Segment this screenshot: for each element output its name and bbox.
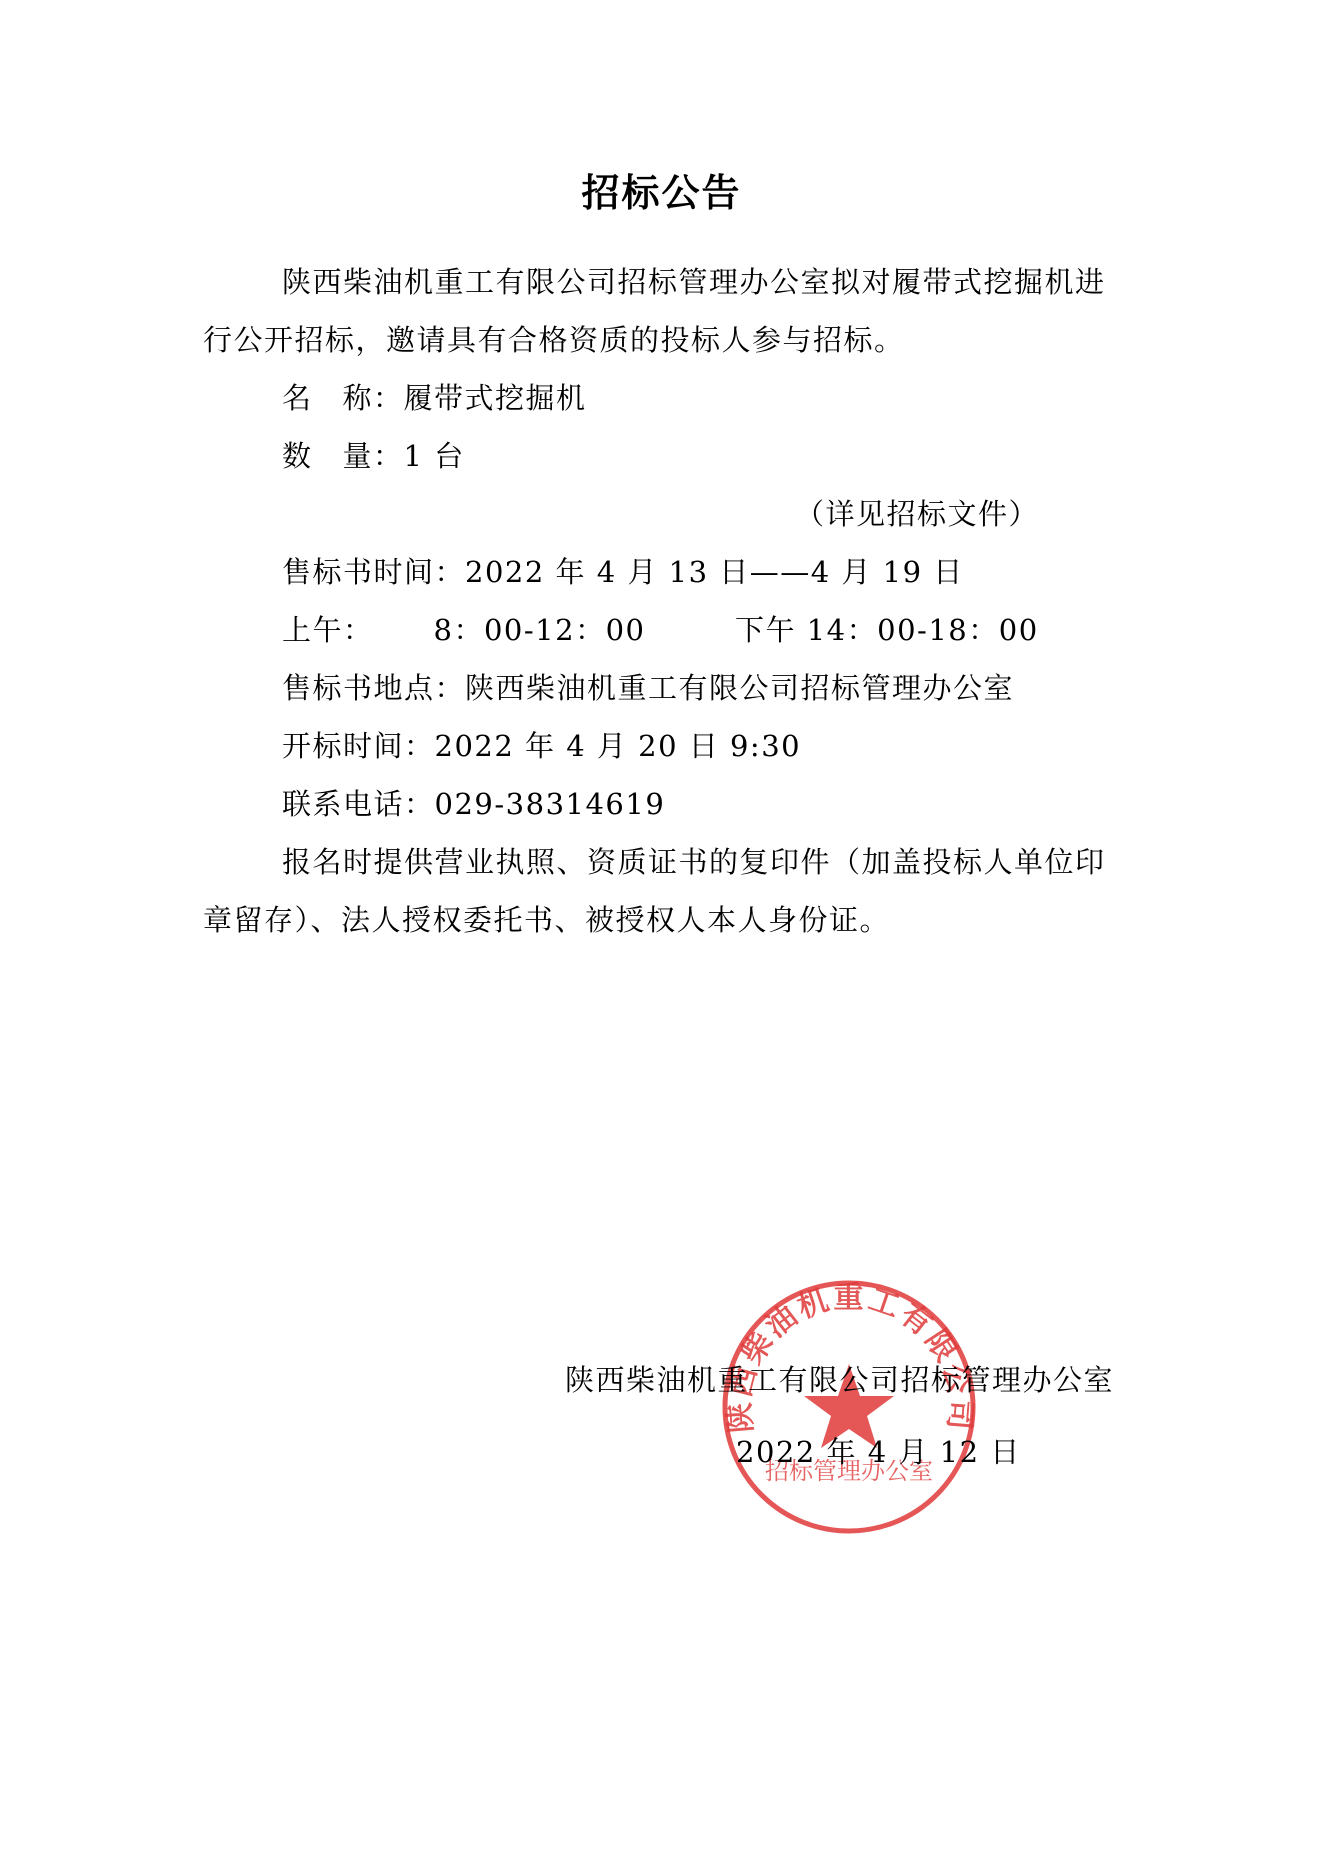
- sale-time-label: 售标书时间：: [282, 555, 465, 589]
- sale-time-row: 售标书时间：2022 年 4 月 13 日——4 月 19 日: [282, 552, 964, 592]
- page-title: 招标公告: [0, 168, 1323, 218]
- item-quantity-label-a: 数: [282, 439, 313, 473]
- intro-paragraph-line-1: 陕西柴油机重工有限公司招标管理办公室拟对履带式挖掘机进: [282, 262, 1106, 302]
- official-seal-stamp: 陕西柴油机重工有限公司 招标管理办公室: [718, 1276, 980, 1538]
- pm-hours-group: 下午 14：00-18：00: [735, 610, 1039, 650]
- signature-organization: 陕西柴油机重工有限公司招标管理办公室: [565, 1360, 1114, 1400]
- sale-time-value: 2022 年 4 月 13 日——4 月 19 日: [465, 555, 964, 589]
- sale-hours-row: 上午：8：00-12：00 下午 14：00-18：00: [282, 610, 1042, 650]
- pm-label: 下午: [735, 613, 796, 647]
- item-name-label-a: 名: [282, 381, 313, 415]
- phone-value: 029-38314619: [435, 787, 666, 821]
- intro-paragraph-line-2: 行公开招标，邀请具有合格资质的投标人参与招标。: [203, 320, 905, 360]
- item-quantity-row: 数量：1 台: [282, 436, 465, 476]
- requirements-line-1: 报名时提供营业执照、资质证书的复印件（加盖投标人单位印: [282, 842, 1106, 882]
- sale-place-row: 售标书地点：陕西柴油机重工有限公司招标管理办公室: [282, 668, 1014, 708]
- pm-hours: 14：00-18：00: [807, 613, 1039, 647]
- item-name-value: 履带式挖掘机: [404, 381, 587, 415]
- requirements-line-2: 章留存）、法人授权委托书、被授权人本人身份证。: [203, 900, 890, 940]
- sale-place-value: 陕西柴油机重工有限公司招标管理办公室: [465, 671, 1014, 705]
- phone-label: 联系电话：: [282, 787, 435, 821]
- am-hours: 8：00-12：00: [434, 613, 646, 647]
- document-page: 招标公告 陕西柴油机重工有限公司招标管理办公室拟对履带式挖掘机进 行公开招标，邀…: [0, 0, 1323, 1871]
- sale-place-label: 售标书地点：: [282, 671, 465, 705]
- opening-time-row: 开标时间：2022 年 4 月 20 日 9:30: [282, 726, 801, 766]
- item-quantity-value: 1 台: [404, 439, 465, 473]
- item-quantity-label-b: 量：: [343, 439, 404, 473]
- details-note: （详见招标文件）: [795, 494, 1039, 534]
- item-name-label-b: 称：: [343, 381, 404, 415]
- opening-time-label: 开标时间：: [282, 729, 435, 763]
- opening-time-value: 2022 年 4 月 20 日 9:30: [435, 729, 802, 763]
- item-name-row: 名称：履带式挖掘机: [282, 378, 587, 418]
- am-label: 上午：: [282, 613, 374, 647]
- signature-date: 2022 年 4 月 12 日: [736, 1432, 1021, 1472]
- phone-row: 联系电话：029-38314619: [282, 784, 665, 824]
